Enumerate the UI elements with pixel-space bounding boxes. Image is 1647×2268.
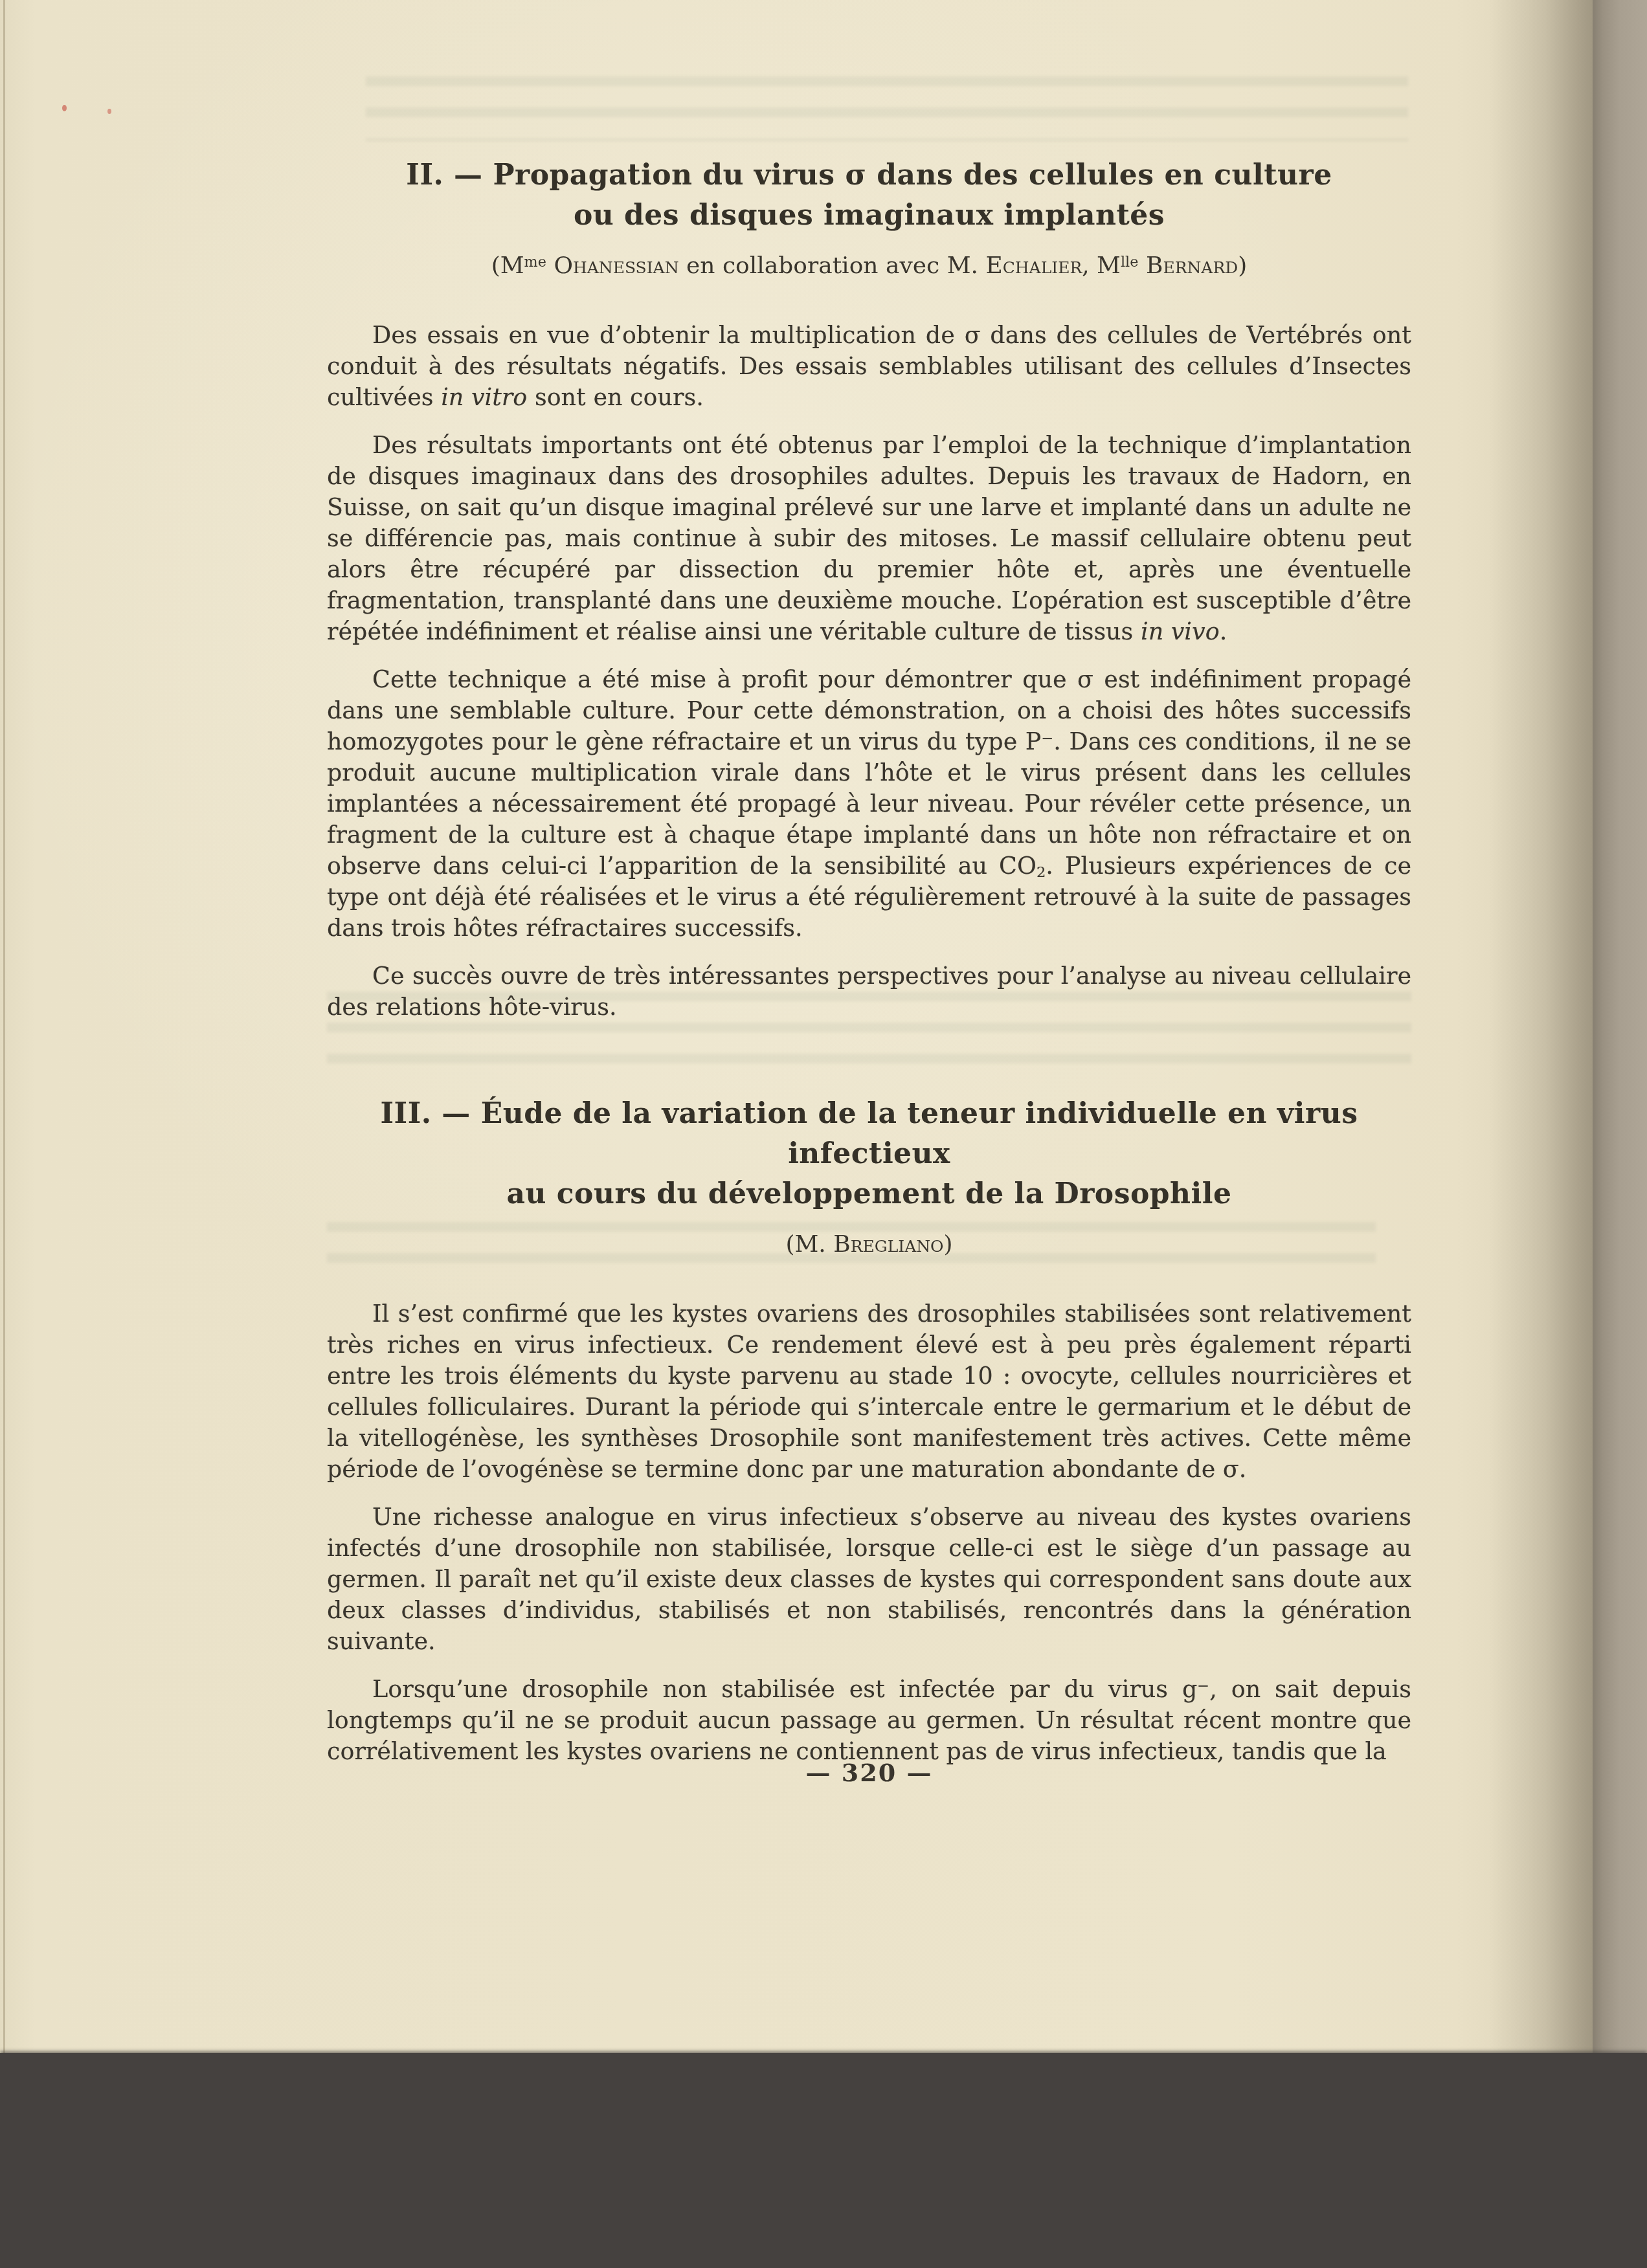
section-iii-paragraphs: Il s’est confirmé que les kystes ovarien… (327, 1298, 1411, 1767)
book-page: II. — Propagation du virus σ dans des ce… (0, 0, 1647, 2053)
page-left-edge (3, 0, 5, 2053)
section-iii: III. — Éude de la variation de la teneur… (327, 1094, 1411, 1767)
heading-line: II. — Propagation du virus σ dans des ce… (327, 155, 1411, 195)
section-ii-byline: (Mme Ohanessian en collaboration avec M.… (327, 251, 1411, 281)
body-paragraph: Une richesse analogue en virus infectieu… (327, 1502, 1411, 1657)
heading-line: au cours du développement de la Drosophi… (327, 1174, 1411, 1214)
section-iii-heading: III. — Éude de la variation de la teneur… (327, 1094, 1411, 1214)
paper-speck (62, 105, 67, 111)
body-paragraph: Cette technique a été mise à profit pour… (327, 664, 1411, 944)
body-paragraph: Des essais en vue d’obtenir la multiplic… (327, 320, 1411, 413)
paper-speck (107, 109, 111, 114)
book-edge (1593, 0, 1647, 2053)
heading-line: III. — Éude de la variation de la teneur… (327, 1094, 1411, 1174)
section-ii-heading: II. — Propagation du virus σ dans des ce… (327, 155, 1411, 236)
body-paragraph: Des résultats importants ont été obtenus… (327, 430, 1411, 647)
gutter-shadow (1489, 0, 1593, 2053)
section-ii-paragraphs: Des essais en vue d’obtenir la multiplic… (327, 320, 1411, 1023)
showthrough-ghost (366, 76, 1408, 141)
body-paragraph: Il s’est confirmé que les kystes ovarien… (327, 1298, 1411, 1485)
section-iii-byline: (M. Bregliano) (327, 1230, 1411, 1260)
section-ii: II. — Propagation du virus σ dans des ce… (327, 155, 1411, 1023)
scanner-background (0, 2053, 1647, 2268)
body-paragraph: Lorsqu’une drosophile non stabilisée est… (327, 1674, 1411, 1767)
body-paragraph: Ce succès ouvre de très intéressantes pe… (327, 961, 1411, 1023)
heading-line: ou des disques imaginaux implantés (327, 195, 1411, 236)
page-number: — 320 — (327, 1758, 1411, 1787)
